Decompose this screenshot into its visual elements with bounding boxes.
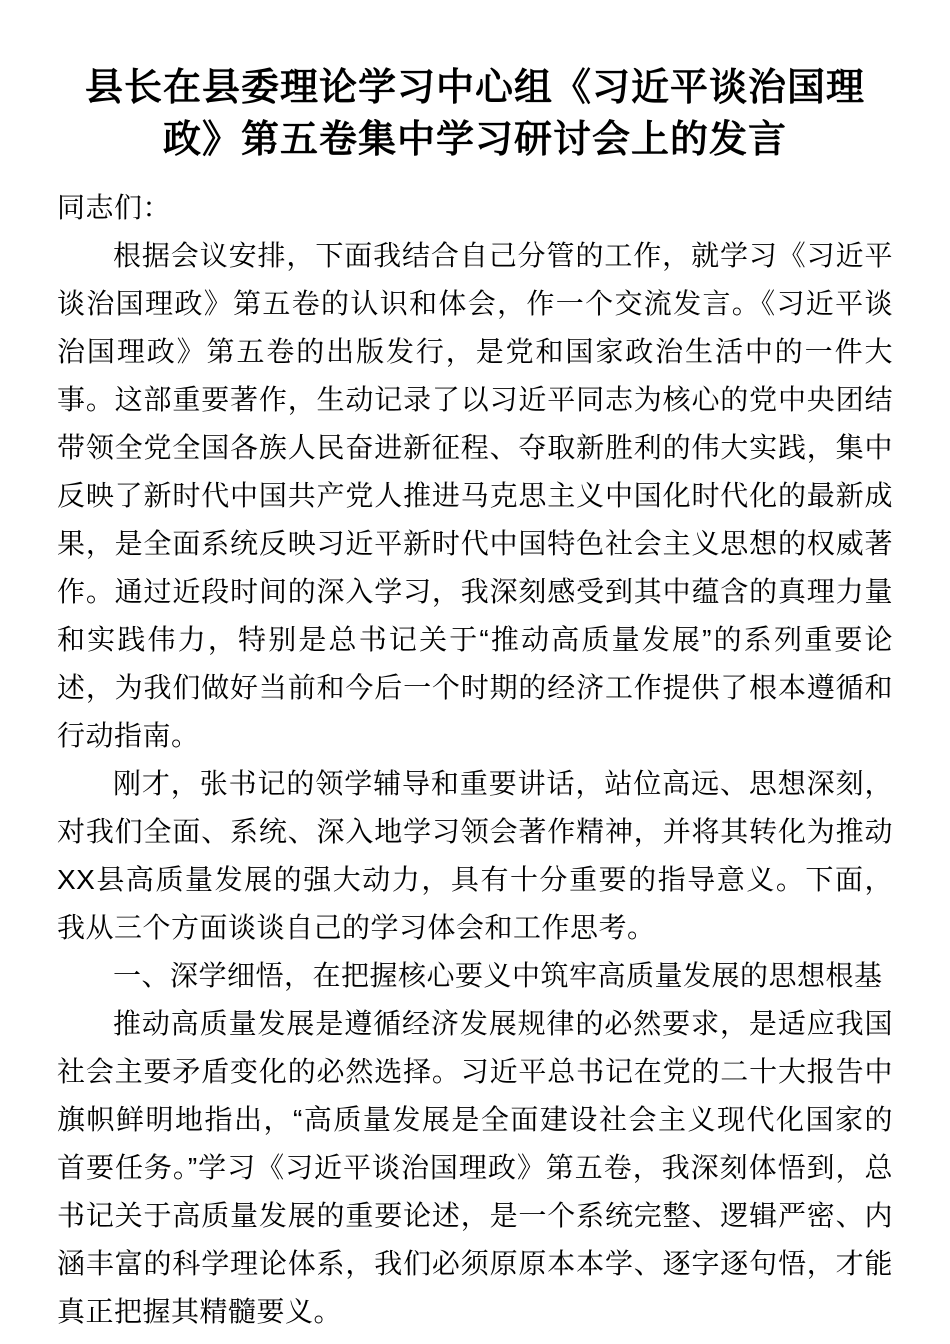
body-paragraph-1: 根据会议安排，下面我结合自己分管的工作，就学习《习近平谈治国理政》第五卷的认识和… [57,232,893,760]
section-heading-1: 一、深学细悟，在把握核心要义中筑牢高质量发展的思想根基 [57,952,893,1000]
body-paragraph-3: 推动高质量发展是遵循经济发展规律的必然要求，是适应我国社会主要矛盾变化的必然选择… [57,1000,893,1336]
document-body: 同志们： 根据会议安排，下面我结合自己分管的工作，就学习《习近平谈治国理政》第五… [57,184,893,1336]
salutation-line: 同志们： [57,184,893,232]
body-paragraph-2: 刚才，张书记的领学辅导和重要讲话，站位高远、思想深刻，对我们全面、系统、深入地学… [57,760,893,952]
document-page: 县长在县委理论学习中心组《习近平谈治国理政》第五卷集中学习研讨会上的发言 同志们… [0,0,950,1344]
document-title: 县长在县委理论学习中心组《习近平谈治国理政》第五卷集中学习研讨会上的发言 [71,62,879,166]
